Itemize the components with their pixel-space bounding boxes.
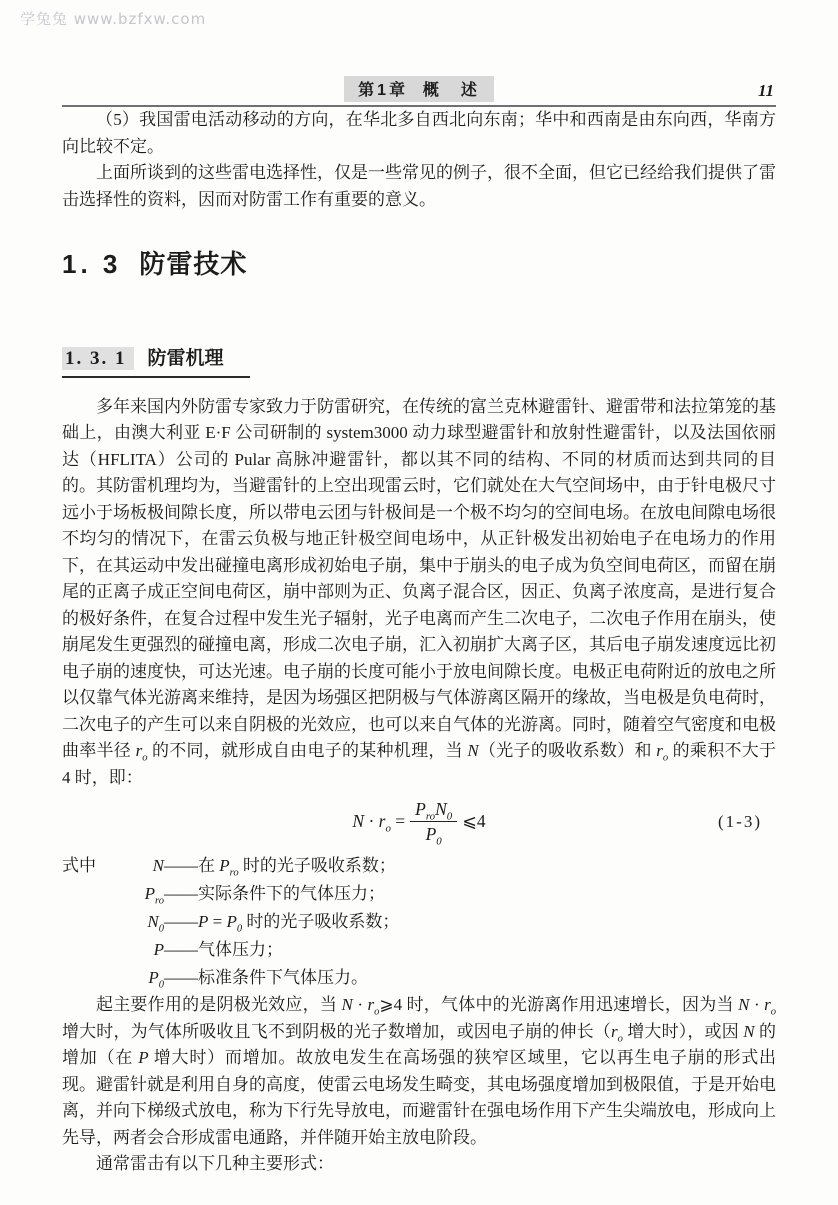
subsection-number: 1. 3. 1 [62,347,134,370]
paragraph-cathode-effect: 起主要作用的是阴极光效应，当 N · ro⩾4 时，气体中的光游离作用迅速增长，… [62,992,776,1151]
equation-number: (1-3) [718,808,762,835]
where-definition: 在 Pro 时的光子吸收系数； [198,852,396,880]
where-term: P [114,936,164,964]
where-dash: —— [164,908,198,936]
subsection-title: 防雷机理 [148,348,224,369]
section-number: 1. 3 [62,249,121,279]
formula-fraction: ProN0 P0 [410,798,457,845]
where-definition: 气体压力； [198,936,283,964]
subsection-wrap: 1. 3. 1防雷机理 [62,331,776,394]
where-term: Pro [114,880,164,908]
where-row: Pro —— 实际条件下的气体压力； [62,880,776,908]
formula-rhs: ⩽4 [462,808,485,835]
where-dash: —— [164,880,198,908]
where-label: 式中 [62,852,114,880]
where-list: 式中 N —— 在 Pro 时的光子吸收系数； Pro —— 实际条件下的气体压… [62,852,776,992]
where-dash: —— [164,852,198,880]
scanned-book-page: 学兔兔 www.bzfxw.com 第1章 概 述 11 （5）我国雷电活动移动… [0,0,838,1205]
where-row: P0 —— 标准条件下气体压力。 [62,964,776,992]
page-number: 11 [758,81,774,101]
where-definition: 标准条件下气体压力。 [198,964,368,992]
page-content: （5）我国雷电活动移动的方向，在华北多自西北向东南；华中和西南是由东向西，华南方… [62,107,776,1178]
where-term: N0 [114,908,164,936]
paragraph-strike-forms-intro: 通常雷击有以下几种主要形式： [62,1151,776,1178]
formula-lhs: N · ro = [352,808,405,835]
formula-1-3: N · ro = ProN0 P0 ⩽4 (1-3) [62,798,776,845]
where-dash: —— [164,936,198,964]
section-heading-1-3: 1. 3防雷技术 [62,249,776,279]
formula-expression: N · ro = ProN0 P0 ⩽4 [352,798,485,845]
watermark-text: 学兔兔 www.bzfxw.com [20,8,206,29]
paragraph-mechanism: 多年来国内外防雷专家致力于防雷研究，在传统的富兰克林避雷针、避雷带和法拉第笼的基… [62,394,776,792]
subsection-heading-1-3-1: 1. 3. 1防雷机理 [62,347,250,378]
paragraph-selectivity-summary: 上面所谈到的这些雷电选择性，仅是一些常见的例子，很不全面，但它已经给我们提供了雷… [62,160,776,213]
where-definition: 实际条件下的气体压力； [198,880,385,908]
fraction-numerator: ProN0 [410,798,457,822]
fraction-denominator: P0 [426,822,442,845]
paragraph-lightning-direction: （5）我国雷电活动移动的方向，在华北多自西北向东南；华中和西南是由东向西，华南方… [62,107,776,160]
where-row: P —— 气体压力； [62,936,776,964]
running-header: 第1章 概 述 11 [62,76,776,107]
where-term: P0 [114,964,164,992]
where-row: 式中 N —— 在 Pro 时的光子吸收系数； [62,852,776,880]
where-row: N0 —— P = P0 时的光子吸收系数； [62,908,776,936]
where-term: N [114,852,164,880]
where-dash: —— [164,964,198,992]
section-title: 防雷技术 [139,249,247,279]
where-definition: P = P0 时的光子吸收系数； [198,908,399,936]
chapter-title: 第1章 概 述 [344,76,494,102]
